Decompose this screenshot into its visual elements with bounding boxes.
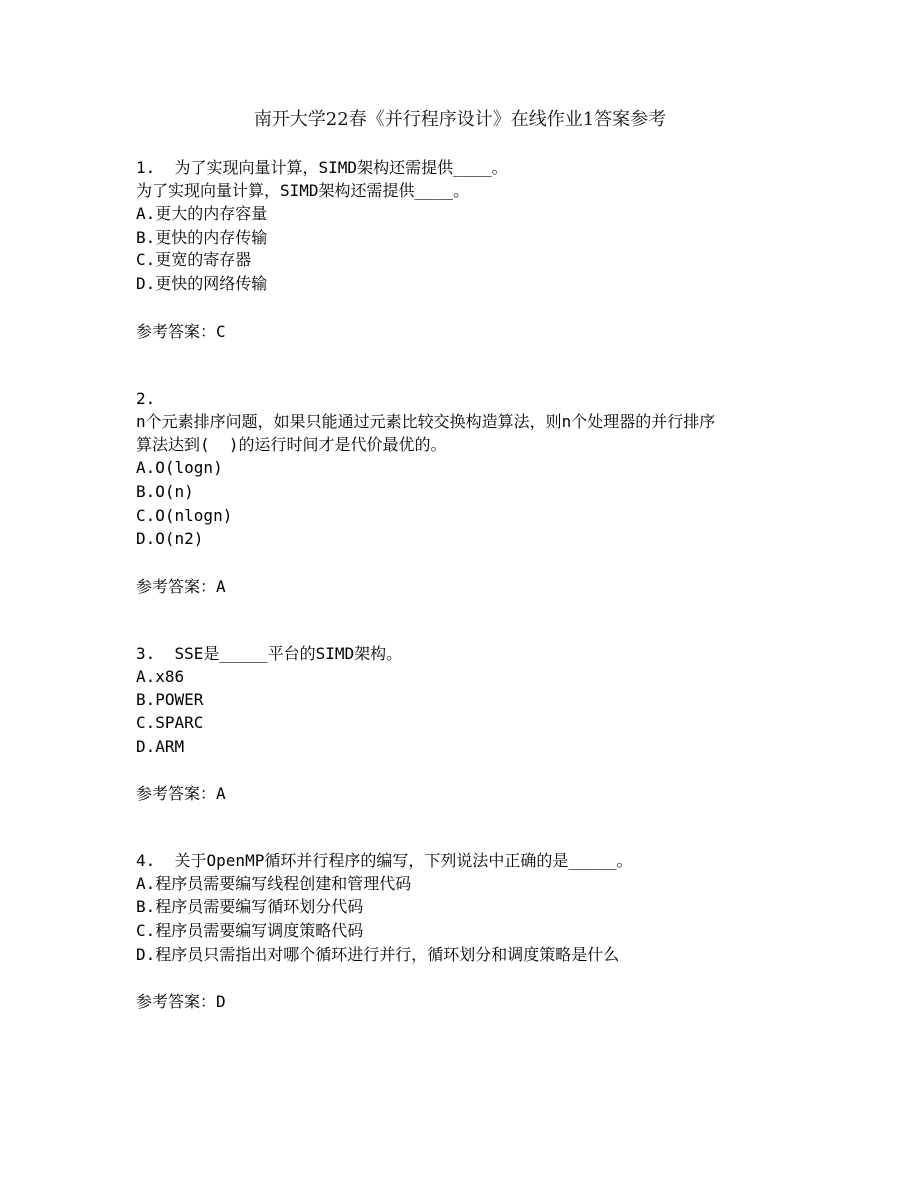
- question-2-stem-line-1: n个元素排序问题，如果只能通过元素比较交换构造算法，则n个处理器的并行排序: [136, 410, 715, 433]
- question-2-option-d: D.O(n2): [136, 527, 203, 550]
- question-1-option-c: C.更宽的寄存器: [136, 248, 251, 271]
- question-4-option-d: D.程序员只需指出对哪个循环进行并行，循环划分和调度策略是什么: [136, 943, 619, 966]
- question-4-answer: 参考答案：D: [136, 990, 226, 1013]
- question-2-answer: 参考答案：A: [136, 575, 226, 598]
- question-3-answer: 参考答案：A: [136, 782, 226, 805]
- question-2-option-a: A.O(logn): [136, 456, 223, 479]
- question-1-stem: 1. 为了实现向量计算，SIMD架构还需提供____。: [136, 156, 508, 179]
- document-title: 南开大学22春《并行程序设计》在线作业1答案参考: [0, 108, 920, 132]
- question-3-option-d: D.ARM: [136, 735, 184, 758]
- question-1-option-d: D.更快的网络传输: [136, 272, 267, 295]
- question-1-stem-repeat: 为了实现向量计算，SIMD架构还需提供____。: [136, 179, 469, 202]
- question-3-option-a: A.x86: [136, 665, 184, 688]
- question-4-stem: 4. 关于OpenMP循环并行程序的编写，下列说法中正确的是_____。: [136, 849, 633, 872]
- question-3-option-b: B.POWER: [136, 688, 203, 711]
- question-2-option-b: B.O(n): [136, 480, 194, 503]
- question-4-option-c: C.程序员需要编写调度策略代码: [136, 919, 363, 942]
- question-2-number: 2.: [136, 387, 155, 410]
- question-1-option-a: A.更大的内存容量: [136, 202, 267, 225]
- question-4-option-b: B.程序员需要编写循环划分代码: [136, 895, 363, 918]
- question-4-option-a: A.程序员需要编写线程创建和管理代码: [136, 872, 411, 895]
- question-3-stem: 3. SSE是_____平台的SIMD架构。: [136, 642, 402, 665]
- question-1-answer: 参考答案：C: [136, 320, 226, 343]
- question-1-option-b: B.更快的内存传输: [136, 226, 267, 249]
- document-page: 南开大学22春《并行程序设计》在线作业1答案参考 1. 为了实现向量计算，SIM…: [0, 0, 920, 1191]
- question-2-option-c: C.O(nlogn): [136, 504, 232, 527]
- question-2-stem-line-2: 算法达到( )的运行时间才是代价最优的。: [136, 433, 447, 456]
- question-3-option-c: C.SPARC: [136, 711, 203, 734]
